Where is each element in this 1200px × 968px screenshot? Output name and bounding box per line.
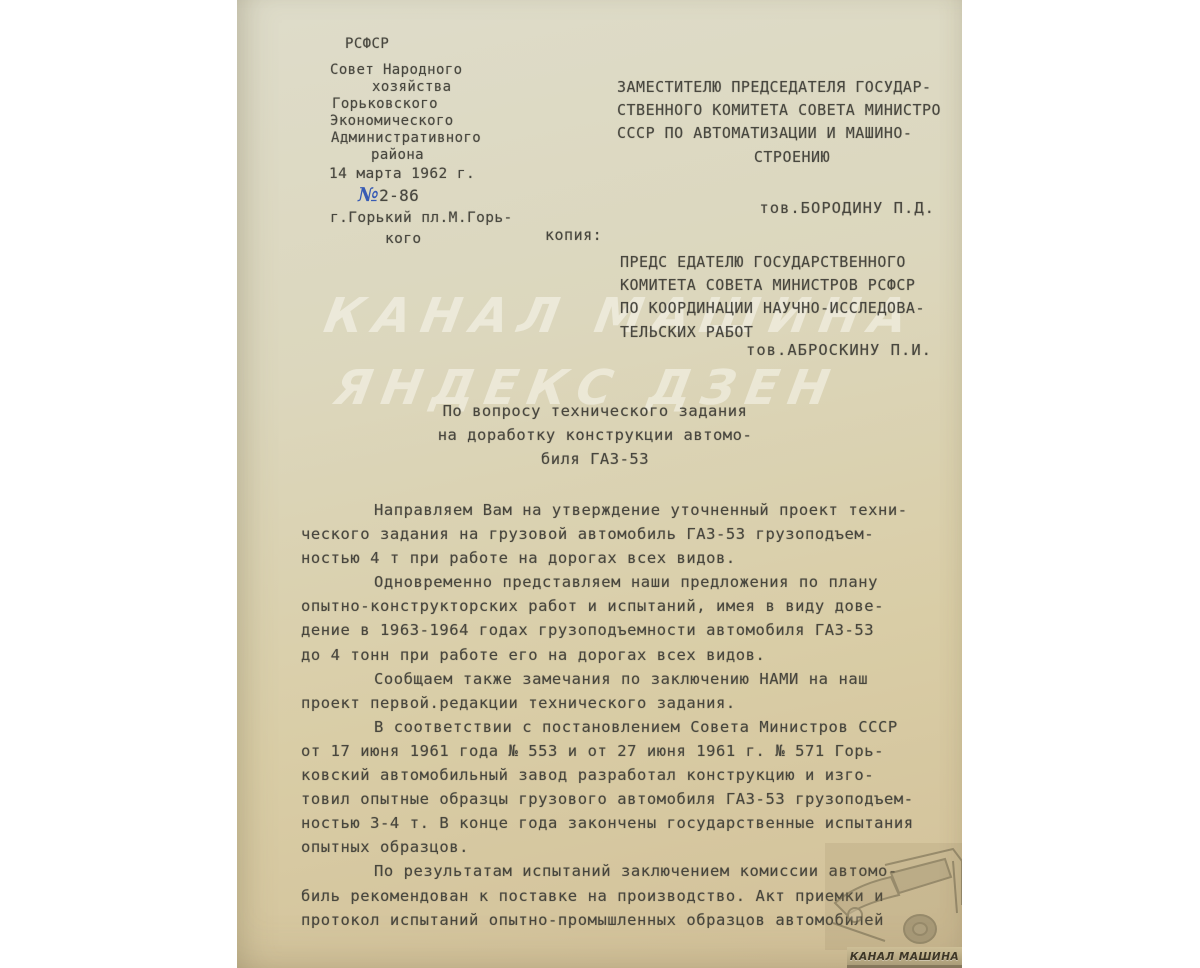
sender-address-line1: г.Горький пл.М.Горь- xyxy=(292,208,552,229)
letter-date: 14 марта 1962 г. xyxy=(292,164,552,184)
handwritten-number-sign: № xyxy=(358,184,379,206)
sender-address-line2: кого xyxy=(292,229,552,250)
letter-number-value: 2-86 xyxy=(379,186,419,205)
letterhead-org-line: хозяйства xyxy=(292,79,552,96)
letterhead-org-line: района xyxy=(292,147,552,164)
recipient-line: ЗАМЕСТИТЕЛЮ ПРЕДСЕДАТЕЛЯ ГОСУДАР- xyxy=(617,76,967,99)
letterhead-org-line: Горьковского xyxy=(292,96,552,113)
letterhead-republic: РСФСР xyxy=(292,36,552,53)
recipient-block: ЗАМЕСТИТЕЛЮ ПРЕДСЕДАТЕЛЯ ГОСУДАР- СТВЕНН… xyxy=(617,76,967,169)
truck-icon xyxy=(825,843,962,950)
body-line: Одновременно представляем наши предложен… xyxy=(301,570,933,594)
recipient-name: тов.БОРОДИНУ П.Д. xyxy=(617,199,935,217)
copy-recipient-name: тов.АБРОСКИНУ П.И. xyxy=(620,341,932,359)
copy-recipient-line: ПРЕДС ЕДАТЕЛЮ ГОСУДАРСТВЕННОГО xyxy=(620,251,970,274)
body-line: от 17 июня 1961 года № 553 и от 27 июня … xyxy=(301,739,933,763)
letterhead-org-line: Совет Народного xyxy=(292,62,552,79)
body-line: Сообщаем также замечания по заключению Н… xyxy=(301,667,933,691)
body-line: ностью 4 т при работе на дорогах всех ви… xyxy=(301,546,933,570)
copy-label: копия: xyxy=(545,226,602,244)
body-line: проект первой.редакции технического зада… xyxy=(301,691,933,715)
body-line: опытно-конструкторских работ и испытаний… xyxy=(301,594,933,618)
body-line: ковский автомобильный завод разработал к… xyxy=(301,763,933,787)
copy-recipient-line: КОМИТЕТА СОВЕТА МИНИСТРОВ РСФСР xyxy=(620,274,970,297)
recipient-line: СТВЕННОГО КОМИТЕТА СОВЕТА МИНИСТРО xyxy=(617,99,967,122)
letterhead: РСФСР Совет Народного хозяйства Горьковс… xyxy=(292,36,552,250)
body-line: Направляем Вам на утверждение уточненный… xyxy=(301,498,933,522)
copy-recipient-line: ПО КООРДИНАЦИИ НАУЧНО-ИССЛЕДОВА- xyxy=(620,297,970,320)
body-line: ностью 3-4 т. В конце года закончены гос… xyxy=(301,811,933,835)
paragraph: В соответствии с постановлением Совета М… xyxy=(301,715,933,860)
document-scan: КАНАЛ МАШИНА ЯНДЕКС ДЗЕН РСФСР Совет Нар… xyxy=(237,0,962,968)
copy-recipient-block: ПРЕДС ЕДАТЕЛЮ ГОСУДАРСТВЕННОГО КОМИТЕТА … xyxy=(620,251,970,344)
subject-line: биля ГАЗ-53 xyxy=(415,447,775,471)
body-line: товил опытные образцы грузового автомоби… xyxy=(301,787,933,811)
recipient-line: СТРОЕНИЮ xyxy=(617,146,967,169)
subject-block: По вопросу технического задания на дораб… xyxy=(415,399,775,471)
letterhead-org-line: Экономического xyxy=(292,113,552,130)
paragraph: Сообщаем также замечания по заключению Н… xyxy=(301,667,933,715)
recipient-line: СССР ПО АВТОМАТИЗАЦИИ И МАШИНО- xyxy=(617,122,967,145)
paragraph: Направляем Вам на утверждение уточненный… xyxy=(301,498,933,570)
subject-line: По вопросу технического задания xyxy=(415,399,775,423)
subject-line: на доработку конструкции автомо- xyxy=(415,423,775,447)
truck-photo-watermark xyxy=(825,843,962,950)
letterhead-org-line: Административного xyxy=(292,130,552,147)
body-line: В соответствии с постановлением Совета М… xyxy=(301,715,933,739)
body-line: дение в 1963-1964 годах грузоподъемности… xyxy=(301,618,933,642)
body-line: ческого задания на грузовой автомобиль Г… xyxy=(301,522,933,546)
paragraph: Одновременно представляем наши предложен… xyxy=(301,570,933,666)
channel-badge: КАНАЛ МАШИНА xyxy=(847,947,962,968)
body-line: до 4 тонн при работе его на дорогах всех… xyxy=(301,643,933,667)
letter-number: №2-86 xyxy=(292,184,552,207)
